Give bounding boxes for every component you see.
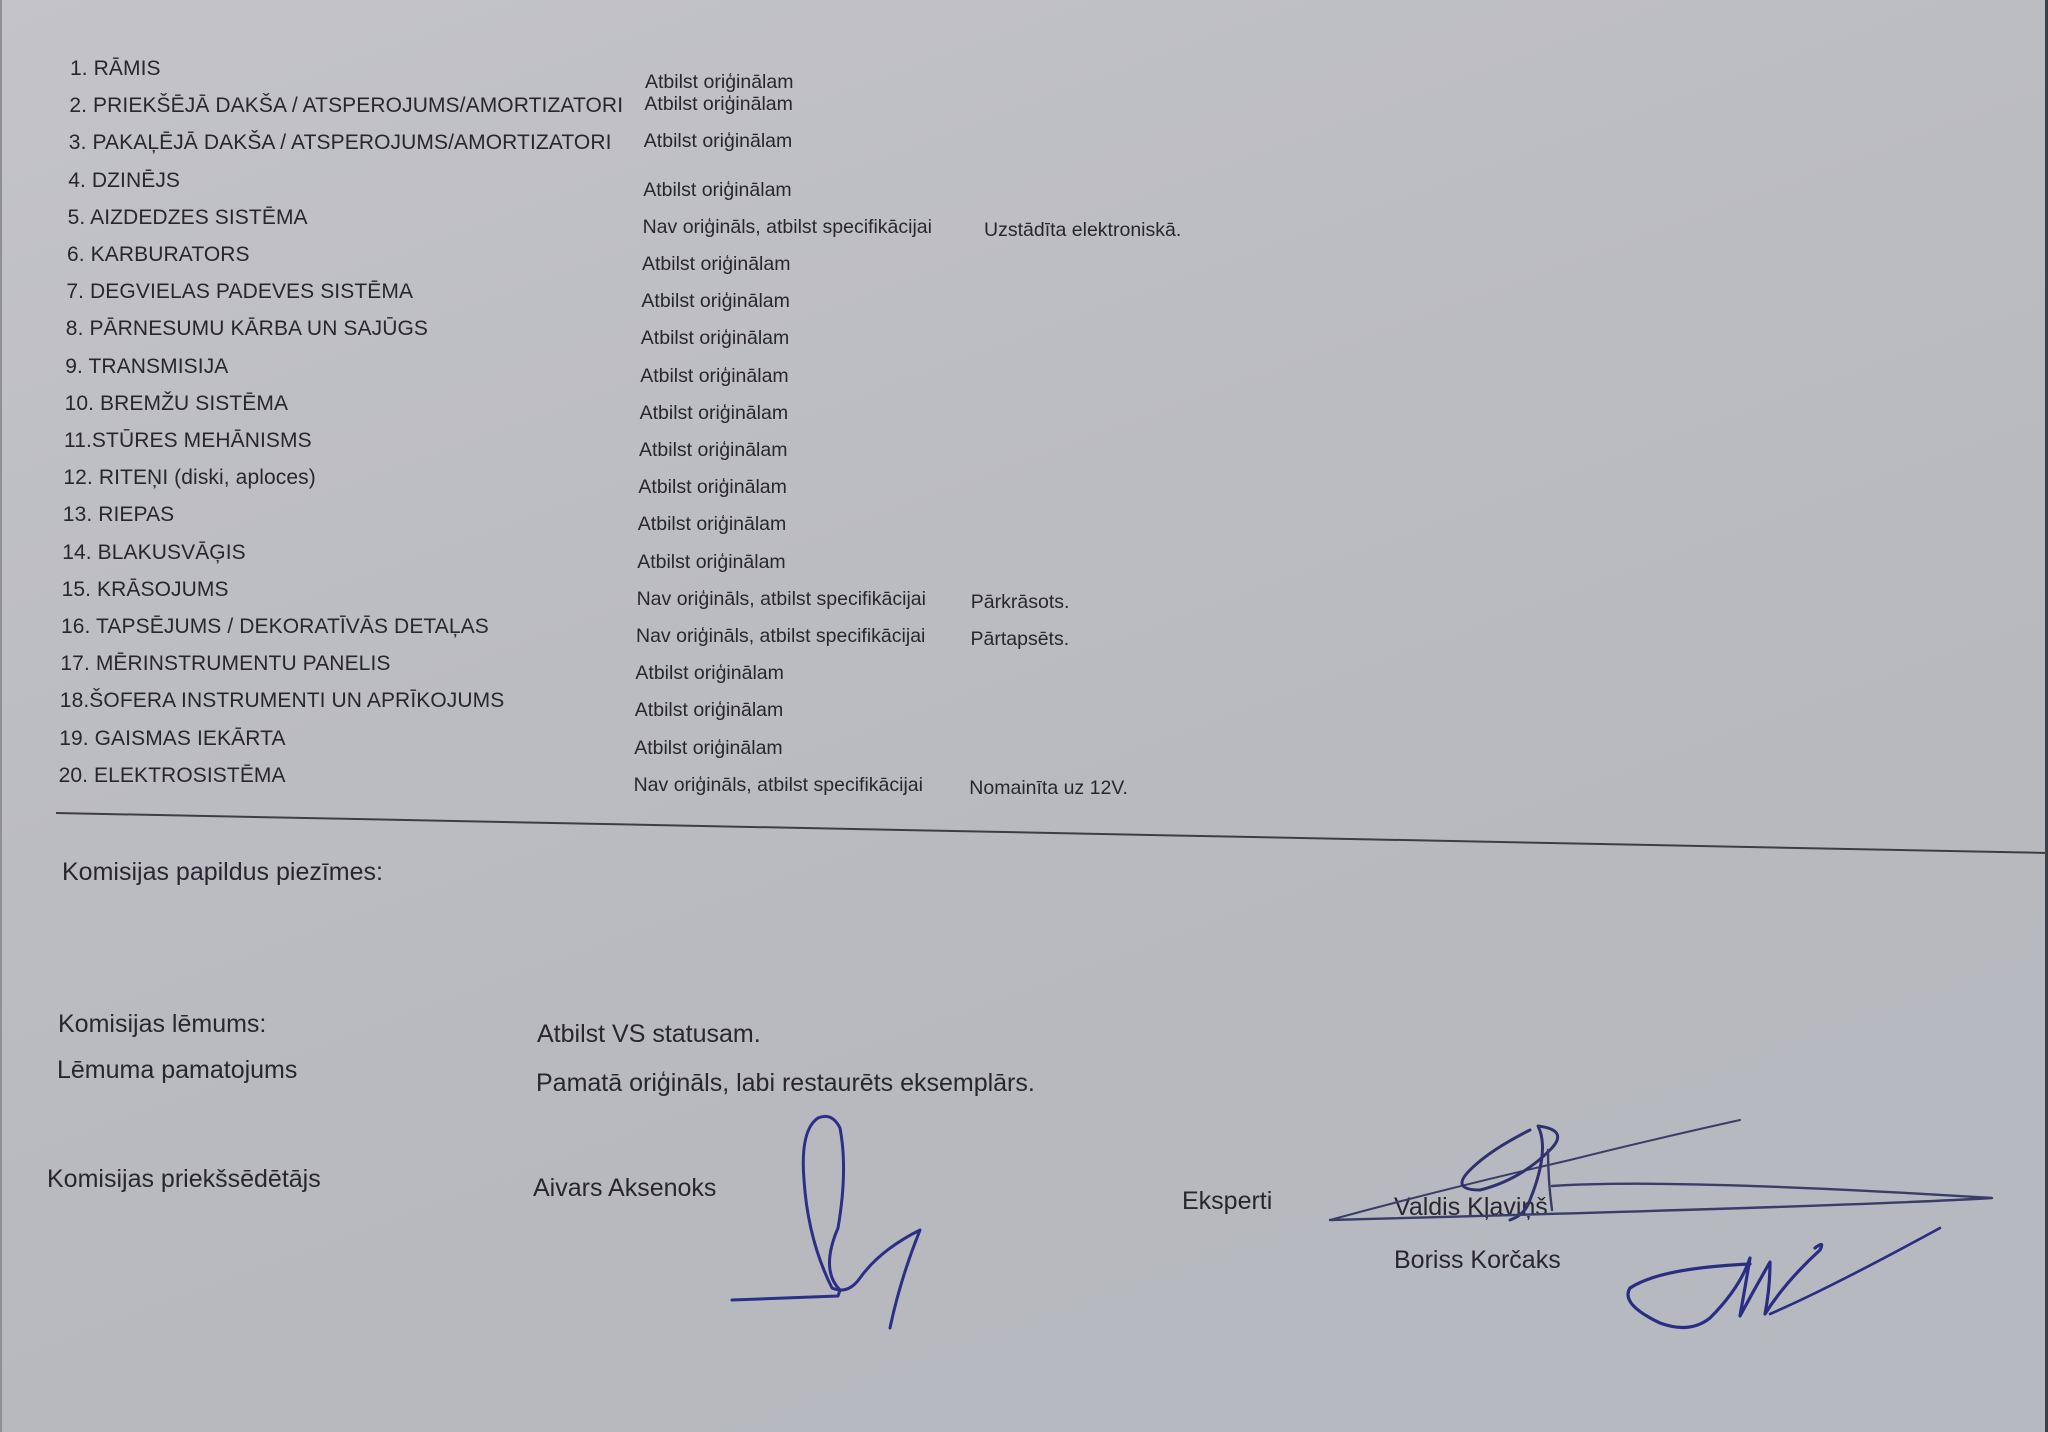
item-status: Atbilst oriģinālam [635,664,783,684]
section-divider [56,812,2048,854]
item-label: 8. PĀRNESUMU KĀRBA UN SAJŪGS [66,318,428,339]
item-status: Atbilst oriģinālam [638,515,786,535]
item-status: Atbilst oriģinālam [643,181,791,201]
item-note: Uzstādīta elektroniskā. [984,221,1181,241]
item-label: 20. ELEKTROSISTĒMA [59,765,286,786]
item-label: 3. PAKAĻĒJĀ DAKŠA / ATSPEROJUMS/AMORTIZA… [69,132,612,153]
item-status: Atbilst oriģinālam [644,132,792,152]
item-status: Atbilst oriģinālam [642,255,790,275]
item-status: Nav oriģināls, atbilst specifikācijai [634,776,923,796]
justification-value: Pamatā oriģināls, labi restaurēts eksemp… [536,1071,1035,1096]
item-status: Atbilst oriģinālam [634,739,782,759]
item-status: Atbilst oriģinālam [637,553,785,573]
expert-signature-2 [1620,1218,1960,1338]
decision-value: Atbilst VS statusam. [537,1022,761,1047]
item-label: 15. KRĀSOJUMS [62,579,229,600]
item-status: Atbilst oriģinālam [644,95,792,115]
decision-label: Komisijas lēmums: [58,1012,266,1037]
item-label: 12. RITEŅI (diski, aploces) [63,467,315,488]
item-status: Nav oriģināls, atbilst specifikācijai [637,590,926,610]
item-label: 13. RIEPAS [63,504,175,525]
item-status: Nav oriģināls, atbilst specifikācijai [636,627,925,647]
chair-label: Komisijas priekšsēdētājs [47,1167,321,1192]
item-status: Atbilst oriģinālam [640,404,788,424]
item-status: Atbilst oriģinālam [638,478,786,498]
item-status: Atbilst oriģinālam [640,367,788,387]
item-note: Pārkrāsots. [971,593,1070,613]
item-status: Atbilst oriģinālam [645,73,793,93]
inspection-document: 1. RĀMISAtbilst oriģinālam2. PRIEKŠĒJĀ D… [0,0,2048,1432]
item-label: 10. BREMŽU SISTĒMA [65,393,289,414]
chair-name: Aivars Aksenoks [533,1176,716,1201]
item-label: 16. TAPSĒJUMS / DEKORATĪVĀS DETAĻAS [61,616,489,637]
item-label: 7. DEGVIELAS PADEVES SISTĒMA [66,281,413,302]
item-label: 18.ŠOFERA INSTRUMENTI UN APRĪKOJUMS [60,690,505,711]
item-status: Atbilst oriģinālam [635,701,783,721]
page-left-edge [0,0,2,1432]
item-status: Atbilst oriģinālam [639,441,787,461]
item-label: 6. KARBURATORS [67,244,250,265]
item-note: Pārtapsēts. [971,630,1070,650]
chair-signature [720,1110,940,1340]
item-label: 19. GAISMAS IEKĀRTA [59,728,285,749]
item-label: 11.STŪRES MEHĀNISMS [64,430,312,451]
item-label: 2. PRIEKŠĒJĀ DAKŠA / ATSPEROJUMS/AMORTIZ… [69,95,623,116]
experts-label: Eksperti [1182,1189,1272,1214]
expert-name-2: Boriss Korčaks [1394,1248,1561,1273]
item-label: 5. AIZDEDZES SISTĒMA [68,207,308,228]
item-label: 9. TRANSMISIJA [65,356,228,377]
item-label: 14. BLAKUSVĀĢIS [62,542,246,563]
item-status: Atbilst oriģinālam [641,329,789,349]
item-status: Nav oriģināls, atbilst specifikācijai [643,218,932,238]
item-note: Nomainīta uz 12V. [969,779,1128,799]
notes-label: Komisijas papildus piezīmes: [62,860,383,885]
justification-label: Lēmuma pamatojums [57,1058,297,1083]
item-status: Atbilst oriģinālam [641,292,789,312]
item-label: 1. RĀMIS [70,58,161,79]
item-label: 17. MĒRINSTRUMENTU PANELIS [60,653,390,674]
item-label: 4. DZINĒJS [68,170,180,191]
